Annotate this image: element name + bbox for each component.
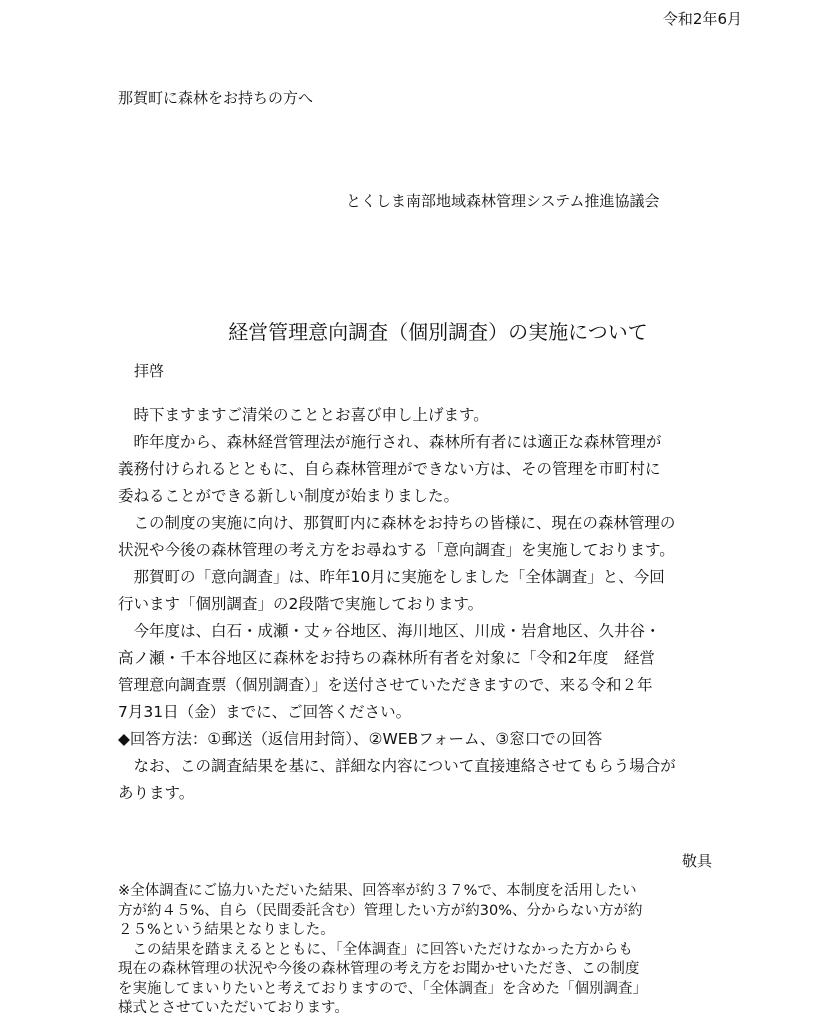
note-line: 様式とさせていただいております。 [118,999,758,1019]
note-line: 現在の森林管理の状況や今後の森林管理の考え方をお聞かせいただき、この制度 [118,960,758,980]
note-line: この結果を踏まえるとともに、「全体調査」に回答いただけなかった方からも [118,941,758,961]
document-date: 令和2年6月 [663,8,742,29]
body-line: 昨年度から、森林経営管理法が施行され、森林所有者には適正な森林管理が [118,429,738,456]
body-line: あります。 [118,780,738,807]
body-line: 状況や今後の森林管理の考え方をお尋ねする「意向調査」を実施しております。 [118,537,738,564]
body-line: 7月31日（金）までに、ご回答ください。 [118,699,738,726]
body-text: 時下ますますご清栄のこととお喜び申し上げます。 昨年度から、森林経営管理法が施行… [118,402,738,807]
sender-organization: とくしま南部地域森林管理システム推進協議会 [346,190,660,211]
response-methods: ◆回答方法：①郵送（返信用封筒）、②WEBフォーム、③窓口での回答 [118,726,738,753]
addressee: 那賀町に森林をお持ちの方へ [118,87,313,108]
body-line: 行います「個別調査」の2段階で実施しております。 [118,591,738,618]
body-line: 管理意向調査票（個別調査）」を送付させていただきますので、来る令和２年 [118,672,738,699]
body-line: 委ねることができる新しい制度が始まりました。 [118,483,738,510]
document-title: 経営管理意向調査（個別調査）の実施について [0,316,840,345]
body-line: なお、この調査結果を基に、詳細な内容について直接連絡させてもらう場合が [118,753,738,780]
body-line: 今年度は、白石・成瀬・丈ヶ谷地区、海川地区、川成・岩倉地区、久井谷・ [118,618,738,645]
note-line: 方が約４５%、自ら（民間委託含む）管理したい方が約30%、分からない方が約 [118,902,758,922]
body-line: 那賀町の「意向調査」は、昨年10月に実施をしました「全体調査」と、今回 [118,564,738,591]
body-line: 義務付けられるとともに、自ら森林管理ができない方は、その管理を市町村に [118,456,738,483]
body-line: 高ノ瀬・千本谷地区に森林をお持ちの森林所有者を対象に「令和2年度 経営 [118,645,738,672]
body-line: 時下ますますご清栄のこととお喜び申し上げます。 [118,402,738,429]
note-line: ２５%という結果となりました。 [118,921,758,941]
note-line: ※全体調査にご協力いただいた結果、回答率が約３７%で、本制度を活用したい [118,882,758,902]
closing: 敬具 [682,850,712,871]
note-line: を実施してまいりたいと考えておりますので、「全体調査」を含めた「個別調査」 [118,980,758,1000]
body-line: この制度の実施に向け、那賀町内に森林をお持ちの皆様に、現在の森林管理の [118,510,738,537]
footnote: ※全体調査にご協力いただいた結果、回答率が約３７%で、本制度を活用したい 方が約… [118,882,758,1019]
greeting: 拝啓 [134,360,164,381]
